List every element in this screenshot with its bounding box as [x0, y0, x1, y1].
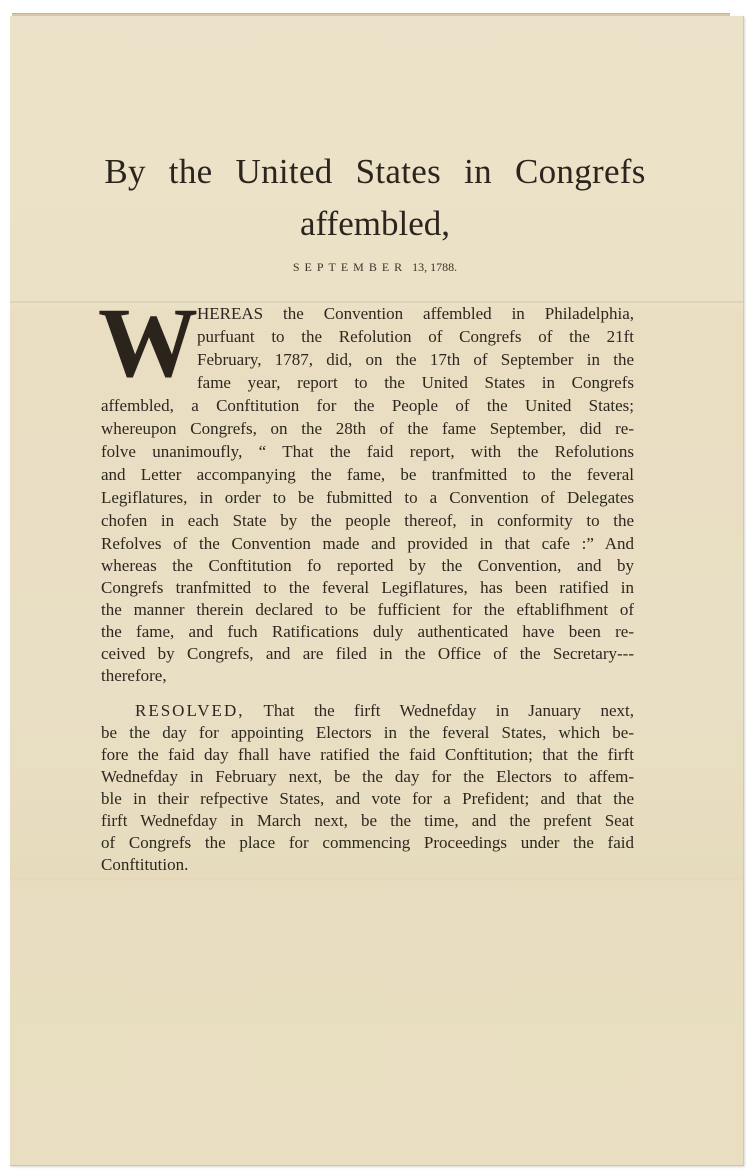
dropcap-letter: W	[98, 298, 196, 388]
fold-crease-bottom	[10, 878, 743, 880]
whereas-line: chofen in each State by the people there…	[101, 510, 634, 532]
whereas-line: purfuant to the Refolution of Congrefs o…	[197, 326, 634, 348]
resolved-line: ble in their refpective States, and vote…	[101, 788, 634, 810]
title-line-1: By the United States in Congrefs	[0, 152, 750, 192]
whereas-line: folve unanimoufly, “ That the faid repor…	[101, 441, 634, 463]
whereas-line: and Letter accompanying the fame, be tra…	[101, 464, 634, 486]
whereas-line: therefore,	[101, 665, 634, 687]
title-line-2: affembled,	[0, 204, 750, 244]
whereas-line: HEREAS the Convention affembled in Phila…	[197, 303, 634, 325]
whereas-line: February, 1787, did, on the 17th of Sept…	[197, 349, 634, 371]
whereas-line: Congrefs tranfmitted to the feveral Legi…	[101, 577, 634, 599]
resolved-line: fore the faid day fhall have ratified th…	[101, 744, 634, 766]
resolved-first-text: That the firft Wednefday in January next…	[263, 701, 634, 720]
whereas-line: affembled, a Conftitution for the People…	[101, 395, 634, 417]
whereas-line: Legiflatures, in order to be fubmitted t…	[101, 487, 634, 509]
whereas-line: whereupon Congrefs, on the 28th of the f…	[101, 418, 634, 440]
date-month: SEPTEMBER	[293, 260, 407, 274]
resolved-line: firft Wednefday in March next, be the ti…	[101, 810, 634, 832]
date-line: SEPTEMBER 13, 1788.	[0, 259, 750, 275]
whereas-line: ceived by Congrefs, and are filed in the…	[101, 643, 634, 665]
resolved-word: RESOLVED,	[135, 701, 244, 720]
whereas-line: whereas the Conftitution fo reported by …	[101, 555, 634, 577]
whereas-line: the manner therein declared to be fuffic…	[101, 599, 634, 621]
whereas-line: the fame, and fuch Ratifications duly au…	[101, 621, 634, 643]
resolved-line: be the day for appointing Electors in th…	[101, 722, 634, 744]
resolved-line: Wednefday in February next, be the day f…	[101, 766, 634, 788]
resolved-line-first: RESOLVED, That the firft Wednefday in Ja…	[135, 700, 634, 722]
whereas-line: fame year, report to the United States i…	[197, 372, 634, 394]
whereas-line: Refolves of the Convention made and prov…	[101, 533, 634, 555]
resolved-line: of Congrefs the place for commencing Pro…	[101, 832, 634, 854]
date-day-year: 13, 1788.	[412, 260, 457, 274]
resolved-line: Conftitution.	[101, 854, 634, 876]
